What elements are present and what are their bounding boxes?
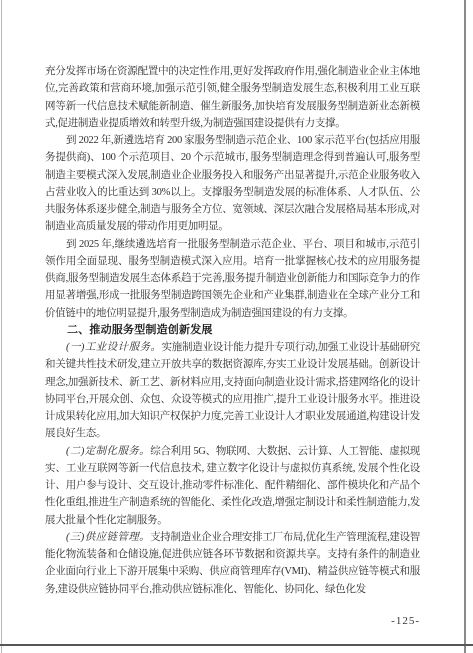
section-heading: 二、推动服务型制造创新发展: [45, 322, 420, 339]
paragraph-goal-2025: 到 2025 年,继续遴选培育一批服务型制造示范企业、平台、项目和城市,示范引领…: [45, 236, 420, 322]
paragraph-item-2: (二)定制化服务。综合利用 5G、物联网、大数据、云计算、人工智能、虚拟现实、工…: [45, 443, 420, 529]
paragraph-item-1: (一)工业设计服务。实施制造业设计能力提升专项行动,加强工业设计基础研究和关键共…: [45, 339, 420, 443]
scan-border-bottom: [0, 644, 473, 646]
paragraph-goal-2022: 到 2022 年,新遴选培育 200 家服务型制造示范企业、100 家示范平台(…: [45, 132, 420, 236]
item-lead-phrase: (三)供应链管理。: [66, 532, 150, 543]
paragraph-text: 到 2025 年,继续遴选培育一批服务型制造示范企业、平台、项目和城市,示范引领…: [45, 239, 420, 319]
paragraph-item-3: (三)供应链管理。支持制造业企业合理安排工厂布局,优化生产管理流程,建设智能化物…: [45, 529, 420, 598]
paragraph-continuation: 充分发挥市场在资源配置中的决定性作用,更好发挥政府作用,强化制造业企业主体地位,…: [45, 63, 420, 132]
item-lead-phrase: (二)定制化服务。: [66, 446, 150, 457]
document-page: 充分发挥市场在资源配置中的决定性作用,更好发挥政府作用,强化制造业企业主体地位,…: [0, 0, 473, 653]
paragraph-text: 到 2022 年,新遴选培育 200 家服务型制造示范企业、100 家示范平台(…: [45, 135, 420, 232]
item-lead-phrase: (一)工业设计服务。: [66, 342, 161, 353]
page-number: -125-: [45, 615, 420, 627]
paragraph-text: 充分发挥市场在资源配置中的决定性作用,更好发挥政府作用,强化制造业企业主体地位,…: [45, 66, 420, 129]
page-text-block: 充分发挥市场在资源配置中的决定性作用,更好发挥政府作用,强化制造业企业主体地位,…: [45, 63, 420, 598]
scan-border-right: [464, 0, 466, 653]
scan-border-left: [1, 0, 2, 653]
paragraph-text: 实施制造业设计能力提升专项行动,加强工业设计基础研究和关键共性技术研发,建立开放…: [45, 342, 420, 439]
paragraph-text: 综合利用 5G、物联网、大数据、云计算、人工智能、虚拟现实、工业互联网等新一代信…: [45, 446, 420, 526]
